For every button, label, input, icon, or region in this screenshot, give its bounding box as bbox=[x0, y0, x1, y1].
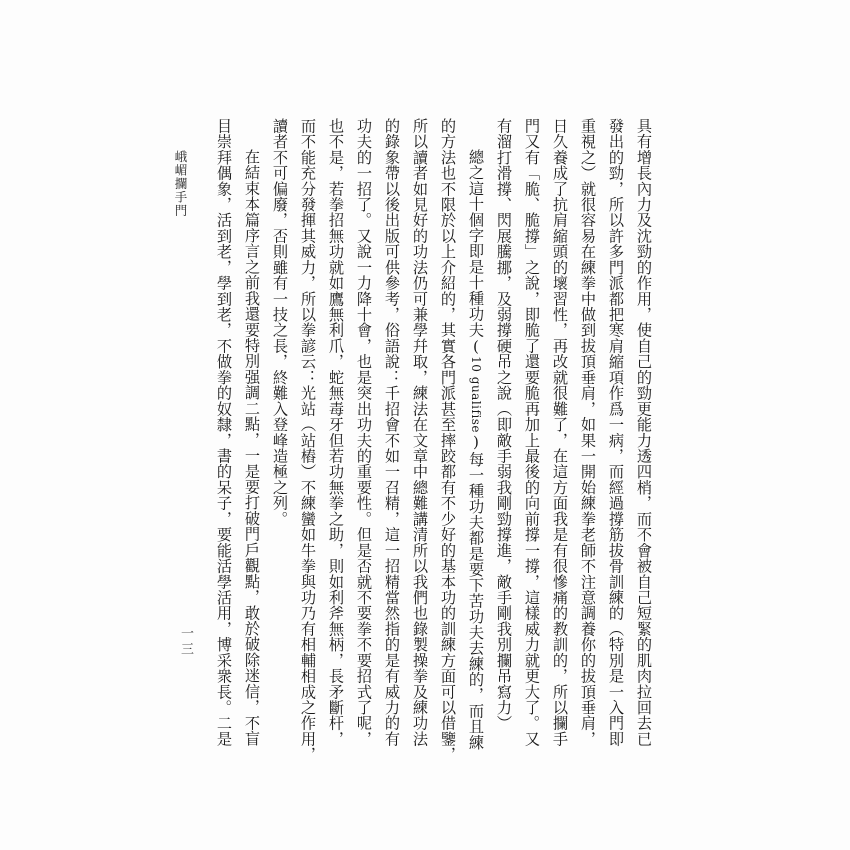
text-column-7-part-1: 總之這十個字即是十種功夫( bbox=[467, 149, 485, 356]
body-text: 具有增長內力及沈勁的作用，使自己的勁更能力透四梢，而不會被自己短緊的肌肉拉回去已… bbox=[205, 118, 657, 773]
text-column-6: 有溜打滑撐、閃展騰挪，及弱撐硬吊之說（即敵手弱我剛勁撐進，敵手剛我別攔吊寫力） bbox=[492, 118, 516, 731]
text-column-9: 所以讀者如見好的功法仍可兼學幷取，練法在文章中總難講清所以我們也錄製操拳及練功法 bbox=[408, 118, 432, 747]
text-column-15: 在結束本篇序言之前我還要特別强調二點，一是要打破門戶觀點，敢於破除迷信，不盲 bbox=[240, 118, 264, 746]
text-column-5: 門又有「脆、脆撐」之說，即脆了還要脆再加上最後的向前撐一撐，這樣威力就更大了。又 bbox=[520, 118, 544, 747]
text-column-1: 具有增長內力及沈勁的作用，使自己的勁更能力透四梢，而不會被自己短緊的肌肉拉回去已 bbox=[632, 118, 656, 747]
text-column-7-latin: 10 gualifise bbox=[469, 356, 483, 433]
text-column-11: 功夫的一招了。又說一力降十會，也是突出功夫的重要性。但是否就不要拳不要招式了呢， bbox=[352, 118, 376, 747]
page-number: 一三 bbox=[177, 626, 193, 658]
text-column-12: 也不是，若拳招無功就如鷹無利爪，蛇無毒牙但若功無拳之助，則如利斧無柄，長矛斷杆， bbox=[324, 118, 348, 747]
text-column-13: 而不能充分發揮其威力，所以拳諺云：光站（站樁）不練蠻如牛拳與功乃有相輔相成之作用… bbox=[296, 118, 320, 763]
text-column-14: 讀者不可偏廢，否則雖有一技之長，終難入登峰造極之列。 bbox=[268, 118, 292, 527]
text-column-4: 日久養成了抗肩縮頭的壞習性，再改就很難了，在這方面我是有很慘痛的教訓的，所以攔手 bbox=[548, 118, 572, 747]
text-column-10: 的錄象帶以後出版可供參考，俗語說：千招會不如一召精，這一招精當然指的是有威力的有 bbox=[380, 118, 404, 747]
text-column-3: 重視之）就很容易在練拳中做到拔頂垂肩，如果一開始練拳老師不注意調養你的拔頂垂肩， bbox=[576, 118, 600, 747]
book-page: 峨嵋攔手門 一三 具有增長內力及沈勁的作用，使自己的勁更能力透四梢，而不會被自己… bbox=[0, 0, 850, 850]
text-column-7-part-2: )每一種功夫都是要下苦功夫去練的，而且練 bbox=[467, 433, 485, 750]
text-column-8: 的方法也不限於以上介紹的，其實各門派甚至摔跤都有不少好的基本功的訓練方面可以借鑒… bbox=[436, 118, 460, 763]
text-column-2: 發出的勁，所以許多門派都把寒肩縮項作爲一病，而經過撐筋拔骨訓練的（特別是一入門即 bbox=[604, 118, 628, 747]
text-column-7: 總之這十個字即是十種功夫(10 gualifise)每一種功夫都是要下苦功夫去練… bbox=[464, 118, 488, 750]
running-head: 峨嵋攔手門 bbox=[172, 150, 188, 218]
text-column-16: 目崇拜偶象，活到老，學到老，不做拳的奴隸，書的呆子，要能活學活用，博采衆長。二是 bbox=[212, 118, 236, 747]
